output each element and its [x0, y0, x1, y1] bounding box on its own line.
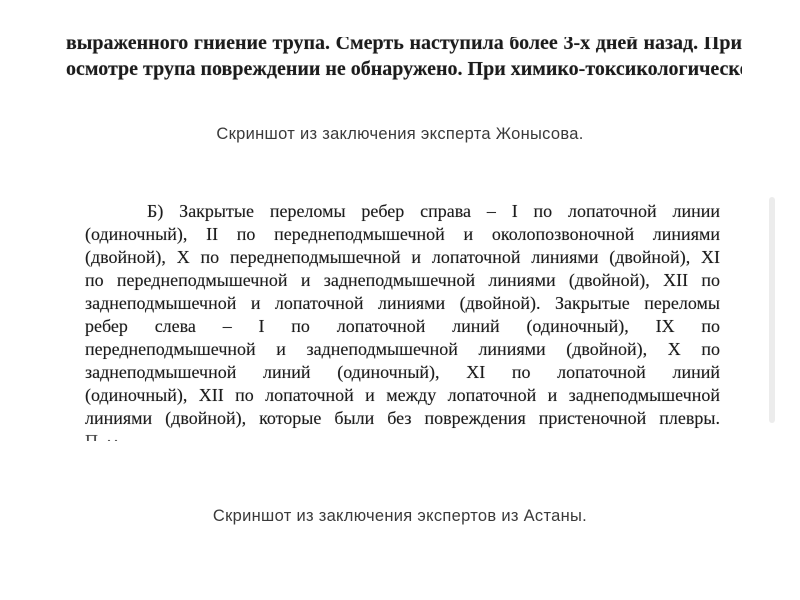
scan-line: заднеподмышечной линий (одиночный), XI п… [85, 361, 720, 384]
scan-crop-artifact-bottom: П-·· [85, 430, 720, 441]
scan-crop-artifact-top: -· [113, 191, 125, 198]
scan-line: по переднеподмышечной и заднеподмышечной… [85, 269, 720, 292]
scan-excerpt-astana: -· Б) Закрытые переломы ребер справа – I… [85, 200, 720, 441]
scan-line: (двойной), X по переднеподмышечной и лоп… [85, 246, 720, 269]
scan-excerpt-zhonysov: выраженного гниение трупа. Смерть наступ… [66, 37, 742, 90]
caption-zhonysov: Скриншот из заключения эксперта Жонысова… [0, 123, 800, 145]
scan-line: заднеподмышечной и лопаточной линиями (д… [85, 292, 720, 315]
caption-astana: Скриншот из заключения экспертов из Аста… [0, 505, 800, 527]
scan-line: выраженного гниение трупа. Смерть наступ… [66, 37, 742, 56]
scan-line: переднеподмышечной и заднеподмышечной ли… [85, 338, 720, 361]
scan-line: линиями (двойной), которые были без повр… [85, 407, 720, 430]
scan-line: (одиночный), II по переднеподмышечной и … [85, 223, 720, 246]
scan-line: ребер слева – I по лопаточной линий (оди… [85, 315, 720, 338]
scan-excerpt-zhonysov-text: выраженного гниение трупа. Смерть наступ… [66, 37, 742, 82]
scan-line: осмотре трупа повреждении не обнаружено.… [66, 56, 742, 82]
document-page: выраженного гниение трупа. Смерть наступ… [0, 0, 800, 600]
scan-line: Б) Закрытые переломы ребер справа – I по… [85, 200, 720, 223]
scan-line: (одиночный), XII по лопаточной и между л… [85, 384, 720, 407]
scrollbar-strip [769, 197, 775, 423]
